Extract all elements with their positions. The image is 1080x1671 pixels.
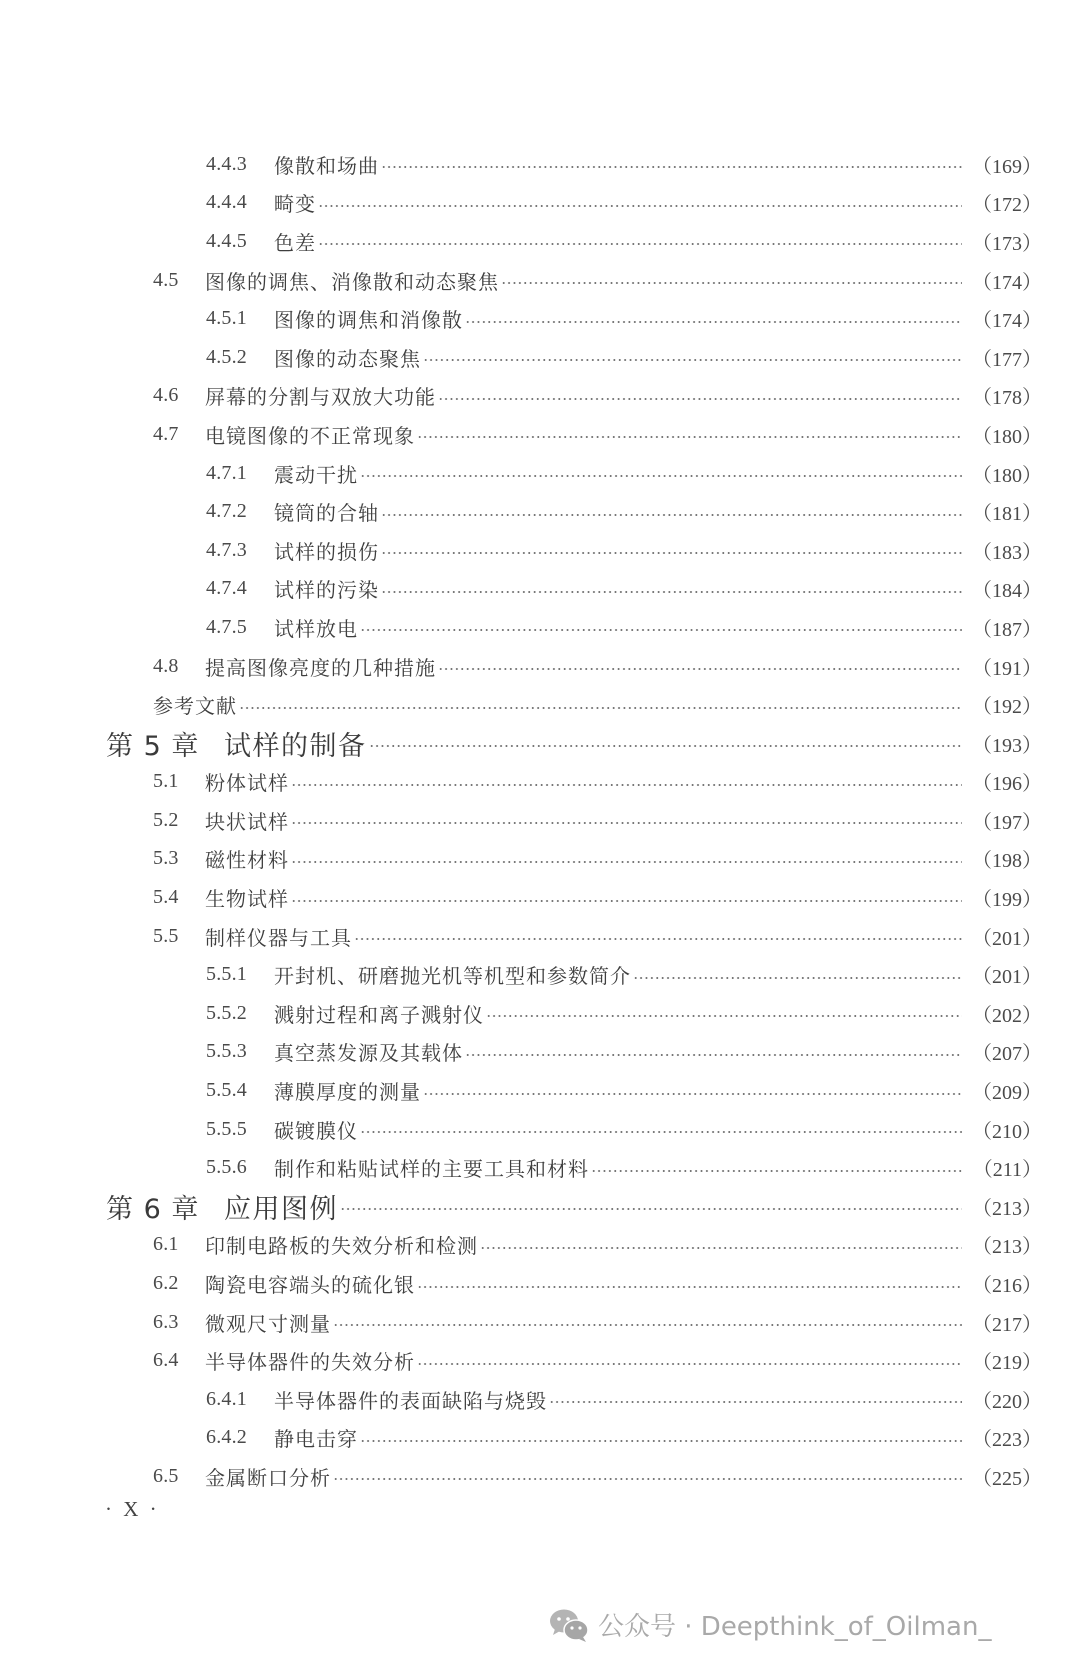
- toc-entry-page: （184）: [972, 574, 1042, 603]
- toc-entry-title: 溅射过程和离子溅射仪: [274, 999, 484, 1028]
- toc-entry-page: （180）: [972, 420, 1042, 449]
- toc-entry-title: 图像的调焦和消像散: [274, 304, 463, 333]
- dot-leader: [438, 668, 962, 670]
- dot-leader: [360, 475, 962, 477]
- dot-leader: [360, 629, 962, 631]
- toc-entry-page: （173）: [972, 227, 1042, 256]
- toc-entry-number: 5.4: [153, 886, 205, 909]
- toc-entry-title: 试样的制备: [224, 724, 367, 763]
- toc-entry-page: （191）: [972, 652, 1042, 681]
- toc-entry-title: 微观尺寸测量: [205, 1308, 331, 1337]
- toc-entry-page: （219）: [972, 1346, 1042, 1375]
- dot-leader: [318, 205, 962, 207]
- dot-leader: [417, 436, 962, 438]
- toc-entry-title: 图像的调焦、消像散和动态聚焦: [205, 266, 499, 295]
- dot-leader: [381, 514, 962, 516]
- toc-entry: 4.7.4试样的污染（184）: [0, 570, 1080, 609]
- dot-leader: [465, 1054, 962, 1056]
- toc-entry-title: 半导体器件的表面缺陷与烧毁: [274, 1385, 547, 1414]
- toc-entry-title: 屏幕的分割与双放大功能: [205, 381, 436, 410]
- toc-entry: 4.6屏幕的分割与双放大功能（178）: [0, 377, 1080, 416]
- toc-entry: 5.1粉体试样（196）: [0, 763, 1080, 802]
- toc-entry-number: 6.4.2: [206, 1426, 274, 1449]
- toc-entry: 4.8提高图像亮度的几种措施（191）: [0, 647, 1080, 686]
- toc-entry-page: （193）: [972, 729, 1042, 758]
- toc-entry: 4.7.1震动干扰（180）: [0, 454, 1080, 493]
- toc-entry-title: 震动干扰: [274, 459, 358, 488]
- dot-leader: [417, 1286, 962, 1288]
- toc-entry-number: 4.7.5: [206, 616, 274, 639]
- toc-entry-number: 4.4.4: [206, 191, 274, 214]
- toc-references-entry: 参考文献（192）: [0, 685, 1080, 724]
- toc-entry-title: 电镜图像的不正常现象: [205, 420, 415, 449]
- watermark-text: 公众号 · Deepthink_of_Oilman_: [598, 1606, 991, 1643]
- toc-entry-page: （192）: [972, 690, 1042, 719]
- toc-entry-page: （183）: [972, 536, 1042, 565]
- toc-entry-number: 5.5.6: [206, 1156, 274, 1179]
- toc-entry: 5.5.1开封机、研磨抛光机等机型和参数简介（201）: [0, 955, 1080, 994]
- toc-entry-title: 畸变: [274, 188, 316, 217]
- toc-entry-page: （225）: [972, 1462, 1042, 1491]
- toc-entry: 4.5.2图像的动态聚焦（177）: [0, 338, 1080, 377]
- dot-leader: [340, 1208, 962, 1210]
- toc-entry-number: 第 5 章: [106, 724, 224, 763]
- toc-entry-title: 图像的动态聚焦: [274, 343, 421, 372]
- toc-entry-page: （223）: [972, 1423, 1042, 1452]
- dot-leader: [291, 784, 962, 786]
- dot-leader: [480, 1247, 962, 1249]
- toc-entry-page: （207）: [972, 1037, 1042, 1066]
- toc-entry-number: 4.7.1: [206, 462, 274, 485]
- toc-entry-title: 碳镀膜仪: [274, 1115, 358, 1144]
- page-number-marker: · X ·: [105, 1497, 160, 1522]
- toc-entry-number: 6.4.1: [206, 1388, 274, 1411]
- dot-leader: [423, 1093, 962, 1095]
- toc-entry-page: （211）: [973, 1153, 1042, 1182]
- dot-leader: [549, 1401, 962, 1403]
- toc-entry: 4.5.1图像的调焦和消像散（174）: [0, 299, 1080, 338]
- toc-entry: 5.5.4薄膜厚度的测量（209）: [0, 1071, 1080, 1110]
- dot-leader: [501, 282, 962, 284]
- toc-entry-title: 色差: [274, 227, 316, 256]
- wechat-icon: [548, 1607, 590, 1643]
- toc-entry-page: （201）: [972, 960, 1042, 989]
- toc-entry-number: 5.5.3: [206, 1040, 274, 1063]
- toc-entry-title: 像散和场曲: [274, 150, 379, 179]
- dot-leader: [423, 359, 962, 361]
- dot-leader: [486, 1015, 962, 1017]
- toc-entry-title: 静电击穿: [274, 1423, 358, 1452]
- toc-entry-page: （180）: [972, 459, 1042, 488]
- toc-entry-title: 镜筒的合轴: [274, 497, 379, 526]
- toc-entry-title: 磁性材料: [205, 844, 289, 873]
- toc-entry-page: （198）: [972, 844, 1042, 873]
- toc-entry-number: 6.1: [153, 1233, 205, 1256]
- toc-entry-number: 4.5: [153, 269, 205, 292]
- toc-entry: 6.1印制电路板的失效分析和检测（213）: [0, 1226, 1080, 1265]
- toc-entry-number: 5.5.5: [206, 1118, 274, 1141]
- toc-entry-page: （181）: [972, 497, 1042, 526]
- toc-entry-title: 参考文献: [153, 690, 237, 719]
- toc-entry: 5.5.5碳镀膜仪（210）: [0, 1110, 1080, 1149]
- toc-entry-number: 5.5.1: [206, 963, 274, 986]
- toc-entry-number: 5.5.2: [206, 1002, 274, 1025]
- toc-entry-number: 5.5.4: [206, 1079, 274, 1102]
- toc-entry-title: 试样的污染: [274, 574, 379, 603]
- toc-entry: 4.7电镜图像的不正常现象（180）: [0, 415, 1080, 454]
- table-of-contents: 4.4.3像散和场曲（169）4.4.4畸变（172）4.4.5色差（173）4…: [0, 145, 1080, 1496]
- dot-leader: [291, 900, 962, 902]
- toc-entry: 6.4.1半导体器件的表面缺陷与烧毁（220）: [0, 1380, 1080, 1419]
- toc-entry-title: 陶瓷电容端头的硫化银: [205, 1269, 415, 1298]
- toc-entry-number: 第 6 章: [106, 1187, 224, 1226]
- dot-leader: [291, 822, 962, 824]
- toc-entry: 5.5.3真空蒸发源及其载体（207）: [0, 1033, 1080, 1072]
- toc-entry-title: 金属断口分析: [205, 1462, 331, 1491]
- toc-entry-title: 生物试样: [205, 883, 289, 912]
- toc-entry-number: 4.5.2: [206, 346, 274, 369]
- toc-entry-page: （174）: [972, 304, 1042, 333]
- toc-entry-title: 粉体试样: [205, 767, 289, 796]
- dot-leader: [318, 243, 962, 245]
- dot-leader: [465, 321, 962, 323]
- toc-entry-number: 4.4.3: [206, 153, 274, 176]
- toc-entry-number: 4.4.5: [206, 230, 274, 253]
- toc-chapter-entry: 第 6 章应用图例（213）: [0, 1187, 1080, 1226]
- toc-entry-number: 4.7: [153, 423, 205, 446]
- dot-leader: [354, 938, 962, 940]
- toc-entry: 6.2陶瓷电容端头的硫化银（216）: [0, 1264, 1080, 1303]
- toc-entry: 6.4半导体器件的失效分析（219）: [0, 1341, 1080, 1380]
- toc-entry: 5.2块状试样（197）: [0, 801, 1080, 840]
- toc-entry: 6.4.2静电击穿（223）: [0, 1419, 1080, 1458]
- toc-entry-number: 4.7.4: [206, 577, 274, 600]
- toc-entry-title: 试样的损伤: [274, 536, 379, 565]
- toc-entry-number: 4.7.2: [206, 500, 274, 523]
- toc-entry: 6.3微观尺寸测量（217）: [0, 1303, 1080, 1342]
- toc-entry: 4.7.3试样的损伤（183）: [0, 531, 1080, 570]
- toc-entry-number: 5.1: [153, 770, 205, 793]
- toc-entry: 5.4生物试样（199）: [0, 878, 1080, 917]
- toc-entry-page: （169）: [972, 150, 1042, 179]
- toc-entry-page: （201）: [972, 922, 1042, 951]
- toc-entry-page: （199）: [972, 883, 1042, 912]
- toc-entry-page: （216）: [972, 1269, 1042, 1298]
- toc-entry: 5.5.6制作和粘贴试样的主要工具和材料（211）: [0, 1148, 1080, 1187]
- toc-entry-page: （187）: [972, 613, 1042, 642]
- toc-entry-page: （220）: [972, 1385, 1042, 1414]
- watermark: 公众号 · Deepthink_of_Oilman_: [548, 1606, 991, 1643]
- dot-leader: [333, 1478, 962, 1480]
- toc-entry-number: 5.2: [153, 809, 205, 832]
- toc-entry-page: （217）: [972, 1308, 1042, 1337]
- toc-entry-page: （213）: [972, 1230, 1042, 1259]
- toc-entry-title: 提高图像亮度的几种措施: [205, 652, 436, 681]
- toc-entry-title: 半导体器件的失效分析: [205, 1346, 415, 1375]
- toc-entry-title: 应用图例: [224, 1187, 338, 1226]
- dot-leader: [291, 861, 962, 863]
- toc-entry: 5.3磁性材料（198）: [0, 840, 1080, 879]
- dot-leader: [381, 552, 962, 554]
- toc-entry: 4.5图像的调焦、消像散和动态聚焦（174）: [0, 261, 1080, 300]
- toc-entry-title: 薄膜厚度的测量: [274, 1076, 421, 1105]
- toc-entry-number: 4.7.3: [206, 539, 274, 562]
- dot-leader: [381, 591, 962, 593]
- toc-entry-title: 块状试样: [205, 806, 289, 835]
- toc-entry-number: 4.5.1: [206, 307, 274, 330]
- toc-entry-number: 5.5: [153, 925, 205, 948]
- toc-entry-page: （210）: [972, 1115, 1042, 1144]
- toc-entry-page: （209）: [972, 1076, 1042, 1105]
- dot-leader: [333, 1324, 962, 1326]
- toc-entry: 4.4.5色差（173）: [0, 222, 1080, 261]
- dot-leader: [591, 1170, 963, 1172]
- toc-entry-number: 6.3: [153, 1311, 205, 1334]
- toc-entry-title: 制样仪器与工具: [205, 922, 352, 951]
- dot-leader: [438, 398, 962, 400]
- dot-leader: [360, 1131, 962, 1133]
- toc-entry-title: 印制电路板的失效分析和检测: [205, 1230, 478, 1259]
- toc-entry: 4.7.2镜筒的合轴（181）: [0, 492, 1080, 531]
- toc-entry: 4.4.4畸变（172）: [0, 184, 1080, 223]
- toc-entry: 4.4.3像散和场曲（169）: [0, 145, 1080, 184]
- toc-entry-number: 6.4: [153, 1349, 205, 1372]
- dot-leader: [360, 1440, 962, 1442]
- toc-entry-title: 真空蒸发源及其载体: [274, 1037, 463, 1066]
- toc-entry-title: 开封机、研磨抛光机等机型和参数简介: [274, 960, 631, 989]
- toc-entry-page: （172）: [972, 188, 1042, 217]
- toc-entry: 4.7.5试样放电（187）: [0, 608, 1080, 647]
- toc-entry-number: 6.2: [153, 1272, 205, 1295]
- toc-entry-number: 4.8: [153, 655, 205, 678]
- toc-chapter-entry: 第 5 章试样的制备（193）: [0, 724, 1080, 763]
- toc-entry-page: （177）: [972, 343, 1042, 372]
- dot-leader: [633, 977, 962, 979]
- toc-entry-page: （197）: [972, 806, 1042, 835]
- toc-entry-number: 4.6: [153, 384, 205, 407]
- dot-leader: [381, 166, 962, 168]
- toc-entry-title: 试样放电: [274, 613, 358, 642]
- toc-entry-page: （213）: [972, 1192, 1042, 1221]
- toc-entry-title: 制作和粘贴试样的主要工具和材料: [274, 1153, 589, 1182]
- dot-leader: [417, 1363, 962, 1365]
- toc-entry: 5.5.2溅射过程和离子溅射仪（202）: [0, 994, 1080, 1033]
- dot-leader: [239, 707, 962, 709]
- toc-entry: 6.5金属断口分析（225）: [0, 1457, 1080, 1496]
- toc-entry: 5.5制样仪器与工具（201）: [0, 917, 1080, 956]
- toc-entry-page: （196）: [972, 767, 1042, 796]
- toc-entry-page: （178）: [972, 381, 1042, 410]
- dot-leader: [369, 745, 963, 747]
- toc-entry-number: 5.3: [153, 847, 205, 870]
- toc-entry-page: （174）: [972, 266, 1042, 295]
- toc-entry-page: （202）: [972, 999, 1042, 1028]
- toc-entry-number: 6.5: [153, 1465, 205, 1488]
